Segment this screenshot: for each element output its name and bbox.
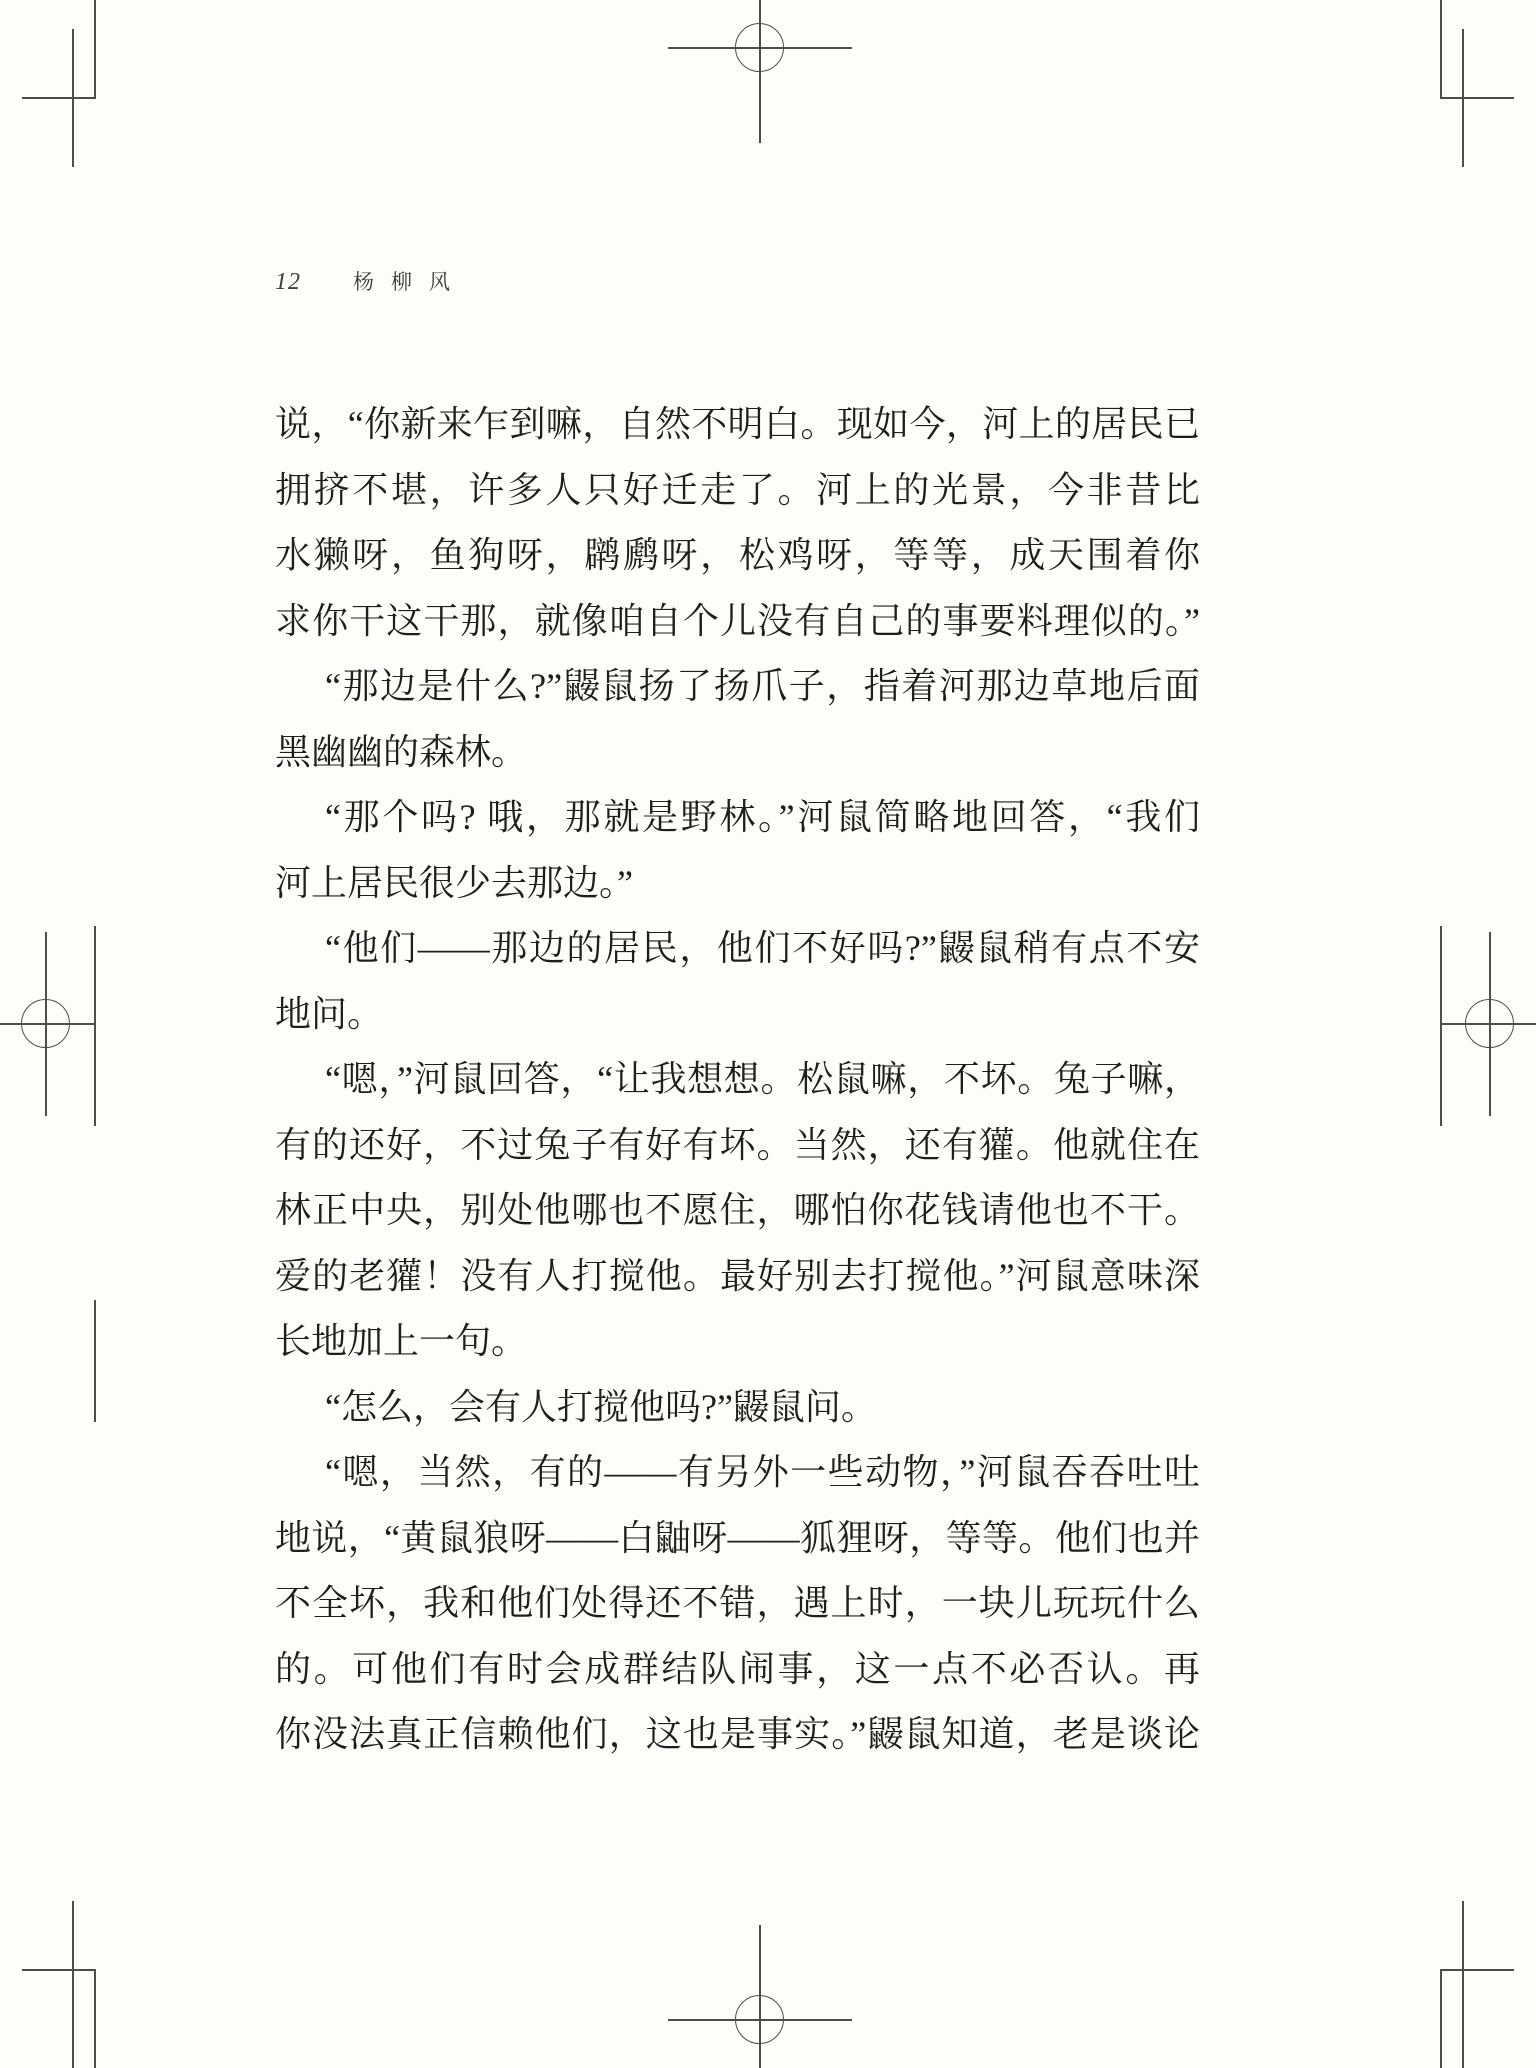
text-line: 地说，“黄鼠狼呀——白鼬呀——狐狸呀，等等。他们也并 [275,1506,1200,1572]
crop-mark-top-right-vertical [1440,0,1442,98]
text-line: 有的还好，不过兔子有好有坏。当然，还有獾。他就住在野 [275,1113,1200,1179]
text-line: 黑幽幽的森林。 [275,720,1200,786]
crop-mark-top-right-cross [1462,29,1464,167]
crop-mark-top-left-horizontal [22,97,96,99]
text-line: 爱的老獾！没有人打搅他。最好别去打搅他。”河鼠意味深 [275,1244,1200,1310]
crop-mark-top-left-vertical [94,0,96,98]
crop-mark-bottom-left-vertical [94,1970,96,2068]
crop-mark-bottom-right-cross [1462,1901,1464,2068]
fold-mark-left-lower [94,1300,96,1422]
text-line: “那个吗? 哦，那就是野林。”河鼠简略地回答，“我们 [275,785,1200,851]
text-line: 河上居民很少去那边。” [275,851,1200,917]
crop-mark-top-right-horizontal [1440,97,1514,99]
text-line: 不全坏，我和他们处得还不错，遇上时，一块儿玩玩什么 [275,1571,1200,1637]
text-line: 求你干这干那，就像咱自个儿没有自己的事要料理似的。” [275,589,1200,655]
text-line: “嗯，当然，有的——有另外一些动物，”河鼠吞吞吐吐 [275,1440,1200,1506]
registration-target-left-horizontal [0,1023,96,1025]
crop-mark-bottom-left-horizontal [22,1969,96,1971]
registration-target-top-vertical [759,0,761,143]
text-line: 水獭呀，鱼狗呀，䴙䴘呀，松鸡呀，等等，成天围着你转， [275,523,1200,589]
crop-mark-top-left-cross [72,29,74,167]
registration-target-right-vertical [1489,932,1491,1116]
text-line: 的。可他们有时会成群结队闹事，这一点不必否认。再说， [275,1637,1200,1703]
book-title: 杨柳风 [353,266,467,296]
crop-mark-bottom-right-horizontal [1440,1969,1514,1971]
text-line: “那边是什么?”鼹鼠扬了扬爪子，指着河那边草地后面 [275,654,1200,720]
crop-mark-right-middle-vertical [1440,926,1442,1126]
crop-mark-bottom-right-vertical [1440,1970,1442,2068]
book-page: 12杨柳风 说，“你新来乍到嘛，自然不明白。现如今，河上的居民已经拥挤不堪，许多… [0,0,1536,2068]
page-number: 12 [275,269,301,296]
text-line: 地问。 [275,982,1200,1048]
text-line: 长地加上一句。 [275,1309,1200,1375]
text-line: “他们——那边的居民，他们不好吗?”鼹鼠稍有点不安 [275,916,1200,982]
text-line: 拥挤不堪，许多人只好迁走了。河上的光景，今非昔比啦。 [275,458,1200,524]
crop-mark-bottom-left-cross [72,1901,74,2068]
text-line: “嗯，”河鼠回答，“让我想想。松鼠嘛，不坏。兔子嘛， [275,1047,1200,1113]
text-line: “怎么，会有人打搅他吗?”鼹鼠问。 [275,1375,1200,1441]
running-head: 12杨柳风 [275,266,467,296]
text-line: 说，“你新来乍到嘛，自然不明白。现如今，河上的居民已经 [275,392,1200,458]
body-text: 说，“你新来乍到嘛，自然不明白。现如今，河上的居民已经拥挤不堪，许多人只好迁走了… [275,392,1200,1768]
registration-target-right-horizontal [1440,1023,1536,1025]
text-line: 你没法真正信赖他们，这也是事实。”鼹鼠知道，老是谈论 [275,1702,1200,1768]
registration-target-left-vertical [45,932,47,1116]
registration-target-bottom-vertical [759,1925,761,2068]
crop-mark-left-middle-vertical [94,926,96,1126]
text-line: 林正中央，别处他哪也不愿住，哪怕你花钱请他也不干。亲 [275,1178,1200,1244]
